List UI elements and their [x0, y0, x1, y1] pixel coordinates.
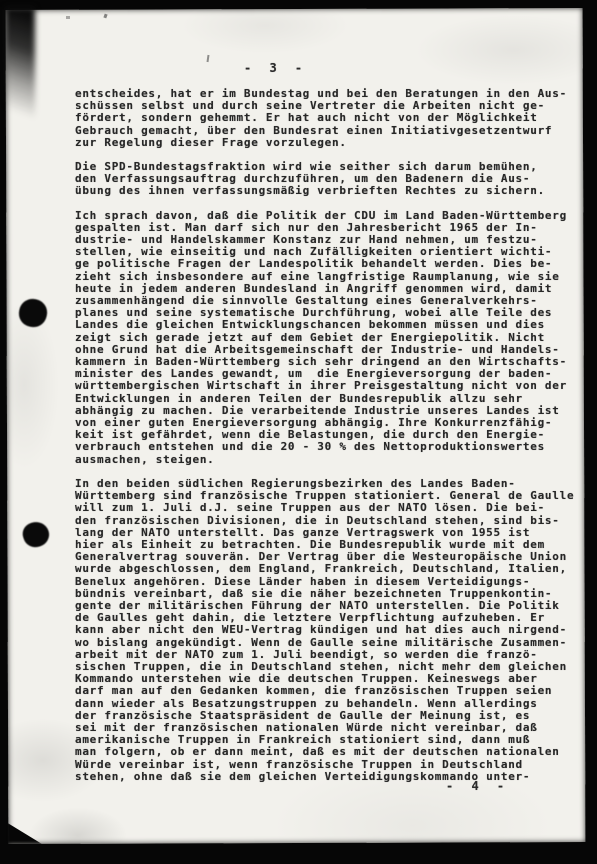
paragraph-bundestag-initiative: entscheides, hat er im Bundestag und bei…: [75, 88, 587, 149]
paragraph-cdu-landespolitik: Ich sprach davon, daß die Politik der CD…: [75, 210, 587, 466]
page-number-header: - 3 -: [244, 61, 303, 75]
page-number-footer: - 4 -: [446, 779, 505, 793]
scan-speck: [66, 16, 70, 19]
paragraph-spd-fraktion: Die SPD-Bundestagsfraktion wird wie seit…: [75, 161, 587, 198]
scan-shadow-top-left: [5, 7, 35, 137]
scanned-document: - 3 - entscheides, hat er im Bundestag u…: [0, 0, 597, 864]
paragraph-franzoesische-truppen: In den beiden südlichen Regierungsbezirk…: [75, 478, 587, 783]
document-body: entscheides, hat er im Bundestag und bei…: [75, 88, 587, 795]
